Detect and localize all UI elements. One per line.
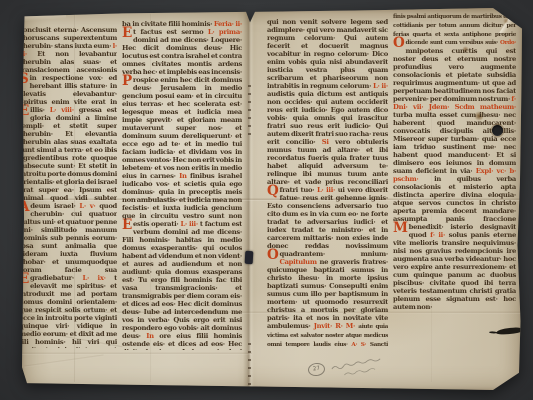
pencil-stroke [344,368,375,375]
gutter-sewing-slot [245,251,254,264]
parchment-sheet: conclusit eterna· Ascensum choruscans su… [22,8,522,390]
manuscript-column-4: finis psalmi antiquorum de martiribus ut… [393,12,516,346]
fold-crease-diagonal [24,354,103,367]
fold-crease-horizontal [22,352,252,355]
pencil-inscription [327,355,407,384]
wormhole [492,125,503,136]
manuscript-bifolium: conclusit eterna· Ascensum choruscans su… [22,8,522,390]
photo-backdrop: conclusit eterna· Ascensum choruscans su… [0,0,533,400]
pencil-stroke [331,359,380,370]
pencil-circled-number: 27 [307,362,326,377]
gutter-stitching-top [248,85,251,137]
manuscript-column-2: ba in civitate filii hominis· Feria· ii·… [122,20,242,350]
manuscript-column-3: qui non venit solvere legem sed adimpler… [267,18,388,350]
gutter-stitching-bottom [248,343,251,389]
corner-fold-top-left [22,10,66,21]
manuscript-column-1: conclusit eterna· Ascensum choruscans su… [19,26,117,348]
